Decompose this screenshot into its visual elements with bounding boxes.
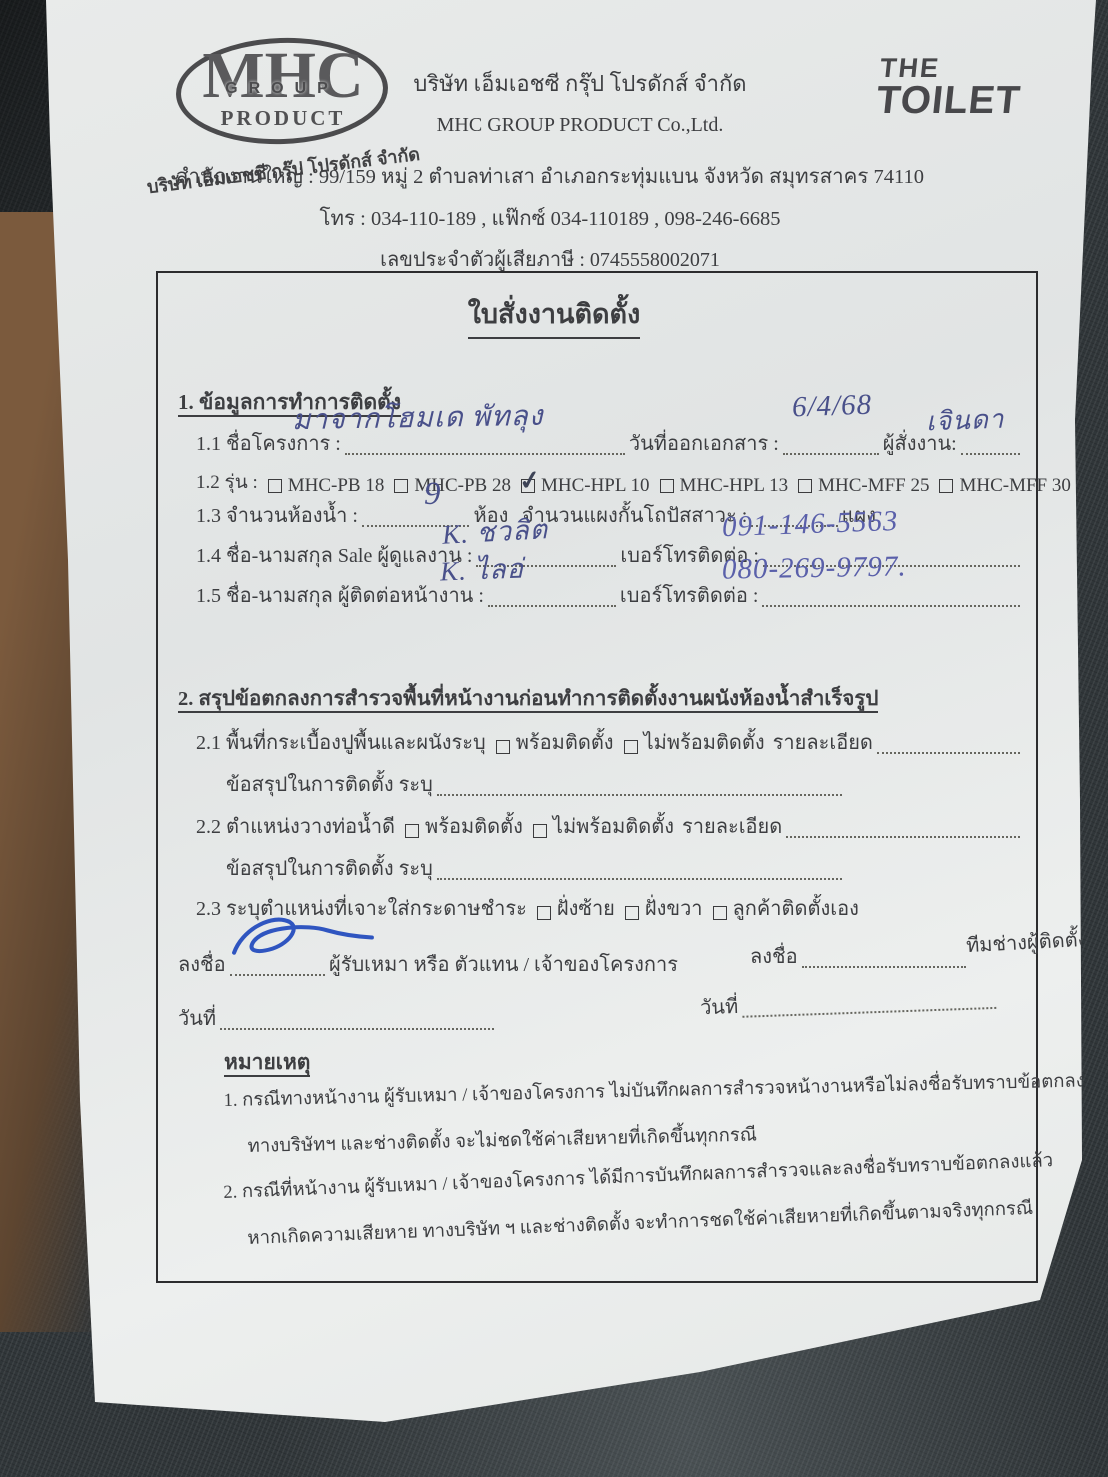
signature-scribble [228, 912, 380, 968]
brand-the-text: THE [879, 56, 1022, 82]
left-side-label: ฝั่งซ้าย [557, 892, 615, 924]
detail-label: รายละเอียด [773, 726, 873, 758]
dotted-line [437, 860, 842, 880]
tile-area-label: 2.1 พื้นที่กระเบื้องปูพื้นและผนังระบุ [196, 726, 486, 758]
model-option: MHC-MFF 30 [929, 475, 1070, 497]
role-right-label: ทีมช่างผู้ติดตั้ง [965, 923, 1088, 961]
model-option-label: MHC-HPL 13 [680, 475, 789, 497]
dotted-line [742, 989, 996, 1018]
model-option: MHC-MFF 25 [788, 475, 929, 497]
model-option: MHC-HPL 13 [650, 475, 789, 497]
sale-label: 1.4 ชื่อ-นามสกุล Sale ผู้ดูแลงาน : [196, 539, 472, 571]
checkbox-icon [268, 479, 282, 493]
summary-label: ข้อสรุปในการติดตั้ง ระบุ [226, 852, 433, 884]
checkbox-icon [713, 906, 727, 920]
sign-label: ลงชื่อ [178, 948, 226, 980]
checkbox-icon [537, 906, 551, 920]
signature-line [802, 948, 966, 968]
form-title: ใบสั่งงานติดตั้ง [468, 292, 641, 339]
not-ready-label: ไม่พร้อมติดตั้ง [644, 726, 765, 758]
checkbox-icon [394, 479, 408, 493]
rooms-label: 1.3 จำนวนห้องน้ำ : [196, 499, 358, 531]
dotted-line [877, 734, 1020, 754]
phone-fax-line: โทร : 034-110-189 , แฟ๊กซ์ 034-110189 , … [90, 202, 1010, 235]
ready-label: พร้อมติดตั้ง [425, 810, 523, 842]
handwritten-contact-phone: 080-269-9797. [722, 550, 907, 586]
handwritten-doc-date: 6/4/68 [791, 389, 872, 425]
doc-date-label: วันที่ออกเอกสาร : [629, 427, 779, 459]
form-title-wrap: ใบสั่งงานติดตั้ง [300, 292, 808, 339]
row-models: 1.2 รุ่น : MHC-PB 18 MHC-PB 28 MHC-HPL 1… [196, 467, 1036, 497]
checkbox-icon [625, 906, 639, 920]
model-option-label: MHC-MFF 25 [818, 475, 929, 497]
model-option-checked: MHC-HPL 10 [511, 475, 650, 497]
paper-sheet: MHC GROUP PRODUCT บริษัท เอ็มเอชซี กรุ๊ป… [0, 0, 1108, 1477]
checkbox-icon [660, 479, 674, 493]
model-option-label: MHC-MFF 30 [959, 475, 1070, 497]
model-option-label: MHC-HPL 10 [541, 475, 650, 497]
dotted-line [437, 776, 842, 796]
row-contact: 1.5 ชื่อ-นามสกุล ผู้ติดต่อหน้างาน : เบอร… [196, 579, 1024, 611]
sign-right-row: ลงชื่อ [750, 940, 970, 972]
row-2-2: 2.2 ตำแหน่งวางท่อน้ำดี พร้อมติดตั้ง ไม่พ… [196, 810, 1024, 842]
notes-heading: หมายเหตุ [224, 1046, 310, 1079]
photo-of-document: MHC GROUP PRODUCT บริษัท เอ็มเอชซี กรุ๊ป… [0, 0, 1108, 1477]
handwritten-room-count: 9 [424, 476, 442, 513]
checkbox-icon [624, 740, 638, 754]
row-2-2b: ข้อสรุปในการติดตั้ง ระบุ [226, 852, 846, 884]
dotted-line [220, 1010, 494, 1030]
handwritten-orderer: เจินดา [925, 399, 1005, 443]
role-left-label: ผู้รับเหมา หรือ ตัวแทน / เจ้าของโครงการ [329, 948, 678, 980]
pipe-label: 2.2 ตำแหน่งวางท่อน้ำดี [196, 810, 395, 842]
date-left-row: วันที่ [178, 1002, 498, 1034]
model-option: MHC-PB 28 [384, 475, 511, 497]
model-option-label: MHC-PB 18 [288, 475, 385, 497]
date-label: วันที่ [178, 1002, 216, 1034]
sign-label: ลงชื่อ [750, 940, 798, 972]
row-2-1b: ข้อสรุปในการติดตั้ง ระบุ [226, 768, 846, 800]
handwritten-project-name: มาจากโฮมเด พัทลุง [292, 394, 544, 442]
checkbox-icon [533, 824, 547, 838]
self-install-label: ลูกค้าติดตั้งเอง [733, 892, 859, 924]
urinal-label: จำนวนแผงกั้นโถปัสสาวะ : [522, 499, 747, 531]
dotted-line [783, 435, 879, 455]
right-side-label: ฝั่งขวา [645, 892, 703, 924]
dotted-line [786, 818, 1020, 838]
checkbox-icon [798, 479, 812, 493]
checkbox-icon [496, 740, 510, 754]
summary-label: ข้อสรุปในการติดตั้ง ระบุ [226, 768, 433, 800]
date-label: วันที่ [700, 990, 739, 1023]
detail-label: รายละเอียด [682, 810, 782, 842]
the-toilet-logo: THE TOILET [875, 56, 1022, 119]
head-office-address: สำนักงานใหญ่ : 99/159 หมู่ 2 ตำบลท่าเสา … [90, 160, 1010, 193]
company-name-en: MHC GROUP PRODUCT Co.,Ltd. [330, 114, 830, 137]
dotted-line [762, 587, 1020, 607]
ready-label: พร้อมติดตั้ง [516, 726, 614, 758]
row-2-1: 2.1 พื้นที่กระเบื้องปูพื้นและผนังระบุ พร… [196, 726, 1024, 758]
handwritten-contact-name: K. ไลอ่ [439, 547, 524, 593]
brand-toilet-text: TOILET [875, 82, 1019, 119]
model-option: MHC-PB 18 [258, 475, 385, 497]
checkbox-icon [405, 824, 419, 838]
checkbox-icon [939, 479, 953, 493]
checkbox-checked-icon [521, 479, 535, 493]
not-ready-label: ไม่พร้อมติดตั้ง [553, 810, 674, 842]
handwritten-sale-phone: 091-146-5563 [721, 505, 898, 544]
model-label: 1.2 รุ่น : [196, 467, 258, 497]
section2-heading: 2. สรุปข้อตกลงการสำรวจพื้นที่หน้างานก่อน… [178, 682, 878, 715]
company-name-th: บริษัท เอ็มเอชซี กรุ๊ป โปรดักส์ จำกัด [330, 66, 830, 101]
